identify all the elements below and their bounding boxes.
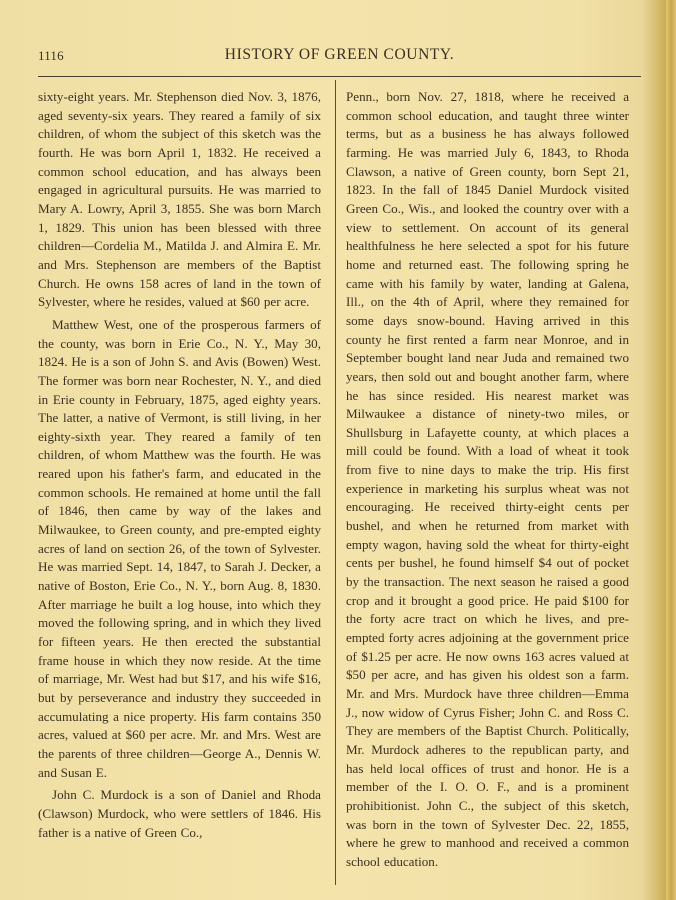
paragraph-matthew-west: Matthew West, one of the prosperous farm…: [38, 316, 321, 782]
header-rule: [38, 76, 641, 77]
page-header: 1116 HISTORY OF GREEN COUNTY.: [38, 40, 641, 66]
column-divider: [335, 80, 336, 885]
running-title: HISTORY OF GREEN COUNTY.: [38, 46, 641, 64]
paragraph-murdock-continued: Penn., born Nov. 27, 1818, where he rece…: [346, 88, 629, 872]
paragraph-john-c-murdock: John C. Murdock is a son of Daniel and R…: [38, 786, 321, 842]
left-column: sixty-eight years. Mr. Stephenson died N…: [38, 88, 321, 842]
right-column: Penn., born Nov. 27, 1818, where he rece…: [346, 88, 629, 872]
page-edge: [666, 0, 676, 900]
paragraph-stephenson-continued: sixty-eight years. Mr. Stephenson died N…: [38, 88, 321, 312]
